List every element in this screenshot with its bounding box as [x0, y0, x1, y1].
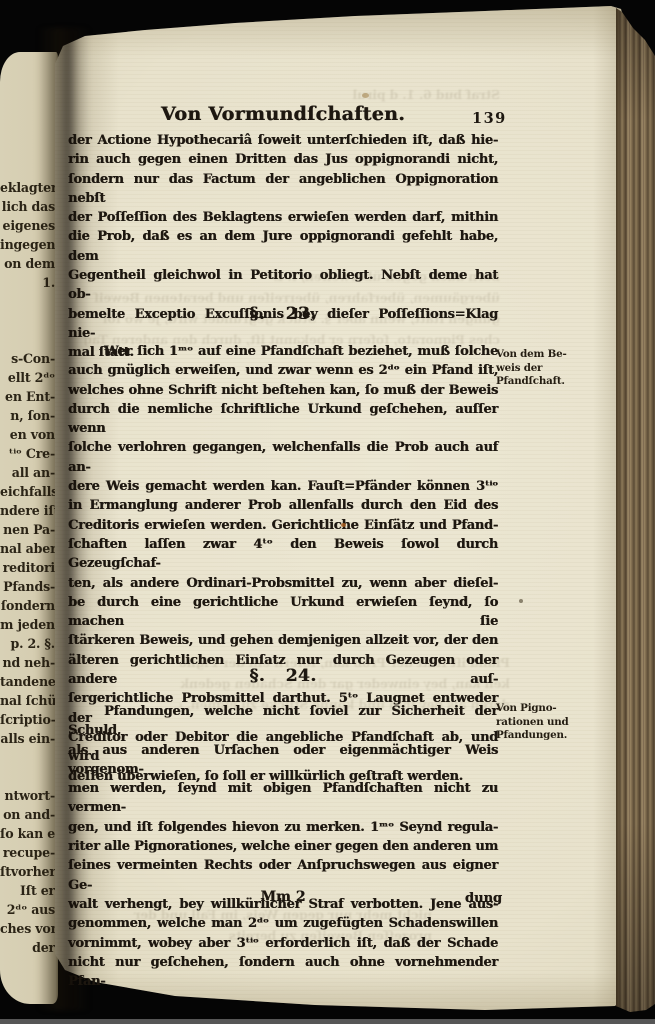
text-line: ches von	[0, 919, 55, 938]
text-line: ſtvorher-	[0, 862, 55, 881]
text-line: ingegen	[0, 235, 55, 254]
text-line: ſcriptio-	[0, 710, 55, 729]
text-line: reditori	[0, 558, 55, 577]
show-through-text: Straf bud 6. 1. d pirul	[300, 84, 500, 105]
text-line: Von dem Be-	[496, 348, 570, 362]
text-line	[0, 330, 55, 349]
text-line: 2ᵈᵒ aus	[0, 900, 55, 919]
text-line: m jeden	[0, 615, 55, 634]
ink-speck	[519, 599, 523, 603]
text-line: der	[0, 938, 55, 957]
signature-mark: Mm 2	[261, 889, 306, 905]
text-line: nal aber	[0, 539, 55, 558]
text-line: in Ermanglung anderer Prob allenfalls du…	[68, 496, 498, 515]
text-line: Pfandungen.	[496, 729, 570, 743]
text-line: der Poſſeſſion des Beklagtens erwieſen w…	[68, 208, 498, 227]
page-number: 139	[472, 110, 507, 127]
text-line: recupe-	[0, 843, 55, 862]
text-line: der Actione Hypothecariâ ſoweit unterſch…	[68, 131, 498, 150]
text-line: en Ent-	[0, 387, 55, 406]
running-header: Von Vormundſchaften.	[68, 103, 498, 125]
ink-speck	[341, 523, 346, 527]
text-line: ſchaften laſſen zwar 4ᵗᵒ den Beweis ſowo…	[68, 535, 498, 574]
left-page-edge: eklagterlich daseigenesingegenon dem1. s…	[0, 52, 58, 1004]
text-line: rationen und	[496, 716, 570, 730]
text-line: Wer ſich 1ᵐᵒ auf eine Pfandſchaft bezieh…	[68, 342, 498, 361]
text-line: nd neh-	[0, 653, 55, 672]
text-line: eichfalls	[0, 482, 55, 501]
text-line: ntwort-	[0, 786, 55, 805]
text-line: ſolche verlohren gegangen, welchenfalls …	[68, 438, 498, 477]
text-line: Von Pigno-	[496, 702, 570, 716]
text-line: die Prob, daß es an dem Jure oppignorand…	[68, 227, 498, 266]
text-line: men werden, ſeynd mit obigen Pfandſchaft…	[68, 779, 498, 818]
text-line: welches ohne Schrift nicht beſtehen kan,…	[68, 381, 498, 400]
text-line: tandener	[0, 672, 55, 691]
section-24-paragraph: Pfandungen, welche nicht ſoviel zur Sich…	[68, 702, 498, 991]
text-line: 1.	[0, 273, 55, 292]
text-line: ſondern	[0, 596, 55, 615]
text-line: Gegentheil gleichwol in Petitorio oblieg…	[68, 266, 498, 305]
text-line: n, ſon-	[0, 406, 55, 425]
text-line: als aus anderen Urſachen oder eigenmächt…	[68, 741, 498, 780]
book-scan-photo: eklagterlich daseigenesingegenon dem1. s…	[0, 0, 655, 1024]
margin-note-23: Von dem Be-weis derPfandſchaft.	[496, 348, 570, 389]
text-line: Creditoris erwieſen werden. Gerichtliche…	[68, 516, 498, 535]
text-line: eigenes	[0, 216, 55, 235]
text-line: Pfands-	[0, 577, 55, 596]
text-line: weis der	[496, 362, 570, 376]
text-line	[0, 292, 55, 311]
text-line: ndere iſt	[0, 501, 55, 520]
text-line: ſondern nur das Factum der angeblichen O…	[68, 170, 498, 209]
text-line	[0, 311, 55, 330]
text-line: ten, als andere Ordinari-Probsmittel zu,…	[68, 574, 498, 593]
fore-edge-page-stack	[616, 2, 655, 1016]
text-line: ellt 2ᵈᵒ	[0, 368, 55, 387]
text-line: s-Con-	[0, 349, 55, 368]
text-line: on and-	[0, 805, 55, 824]
text-line: Pfandſchaft.	[496, 375, 570, 389]
text-line: nal ſchü-	[0, 691, 55, 710]
text-line: lich das	[0, 197, 55, 216]
opening-paragraph: der Actione Hypothecariâ ſoweit unterſch…	[68, 131, 498, 363]
text-line: dere Weis gemacht werden kan. Fauſt=Pfän…	[68, 477, 498, 496]
text-line: p. 2. §.	[0, 634, 55, 653]
text-line: auch gnüglich erweiſen, und zwar wenn es…	[68, 361, 498, 380]
text-line	[0, 748, 55, 767]
scan-edge-bar	[0, 1019, 655, 1024]
text-line: Iſt er	[0, 881, 55, 900]
catchword: dung	[465, 891, 502, 906]
margin-note-24: Von Pigno-rationen undPfandungen.	[496, 702, 570, 743]
text-line: genommen, welche man 2ᵈᵒ um zugefügten S…	[68, 914, 498, 933]
text-line: ſo kan er	[0, 824, 55, 843]
text-line	[0, 767, 55, 786]
text-line: gen, und iſt folgendes hievon zu merken.…	[68, 818, 498, 837]
signature-line: Mm 2 dung	[68, 889, 498, 905]
text-line: vornimmt, wobey aber 3ᵗⁱᵒ erforderlich i…	[68, 934, 498, 953]
foxing-spot	[362, 93, 369, 98]
text-line: en von	[0, 425, 55, 444]
text-line: on dem	[0, 254, 55, 273]
text-line: rin auch gegen einen Dritten das Jus opp…	[68, 150, 498, 169]
text-line: be durch eine gerichtliche Urkund erwieſ…	[68, 593, 498, 632]
text-line: Pfandungen, welche nicht ſoviel zur Sich…	[68, 702, 498, 741]
text-line: all an-	[0, 463, 55, 482]
text-line: eklagter	[0, 178, 55, 197]
text-line: nen Pa-	[0, 520, 55, 539]
text-line: durch die nemliche ſchriftliche Urkund g…	[68, 400, 498, 439]
section-heading-23: §. 23.	[68, 304, 498, 324]
text-line: nicht nur geſchehen, ſondern auch ohne v…	[68, 953, 498, 992]
text-line: alls ein-	[0, 729, 55, 748]
text-line: ſtärkeren Beweis, und gehen demjenigen a…	[68, 631, 498, 650]
text-line: Straf bud 6. 1. d pirul	[300, 84, 500, 105]
section-heading-24: §. 24.	[68, 666, 498, 686]
left-page-edge-text: eklagterlich daseigenesingegenon dem1. s…	[0, 178, 58, 957]
text-line: riter alle Pignorationes, welche einer g…	[68, 837, 498, 856]
text-line: ᵗⁱᵒ Cre-	[0, 444, 55, 463]
